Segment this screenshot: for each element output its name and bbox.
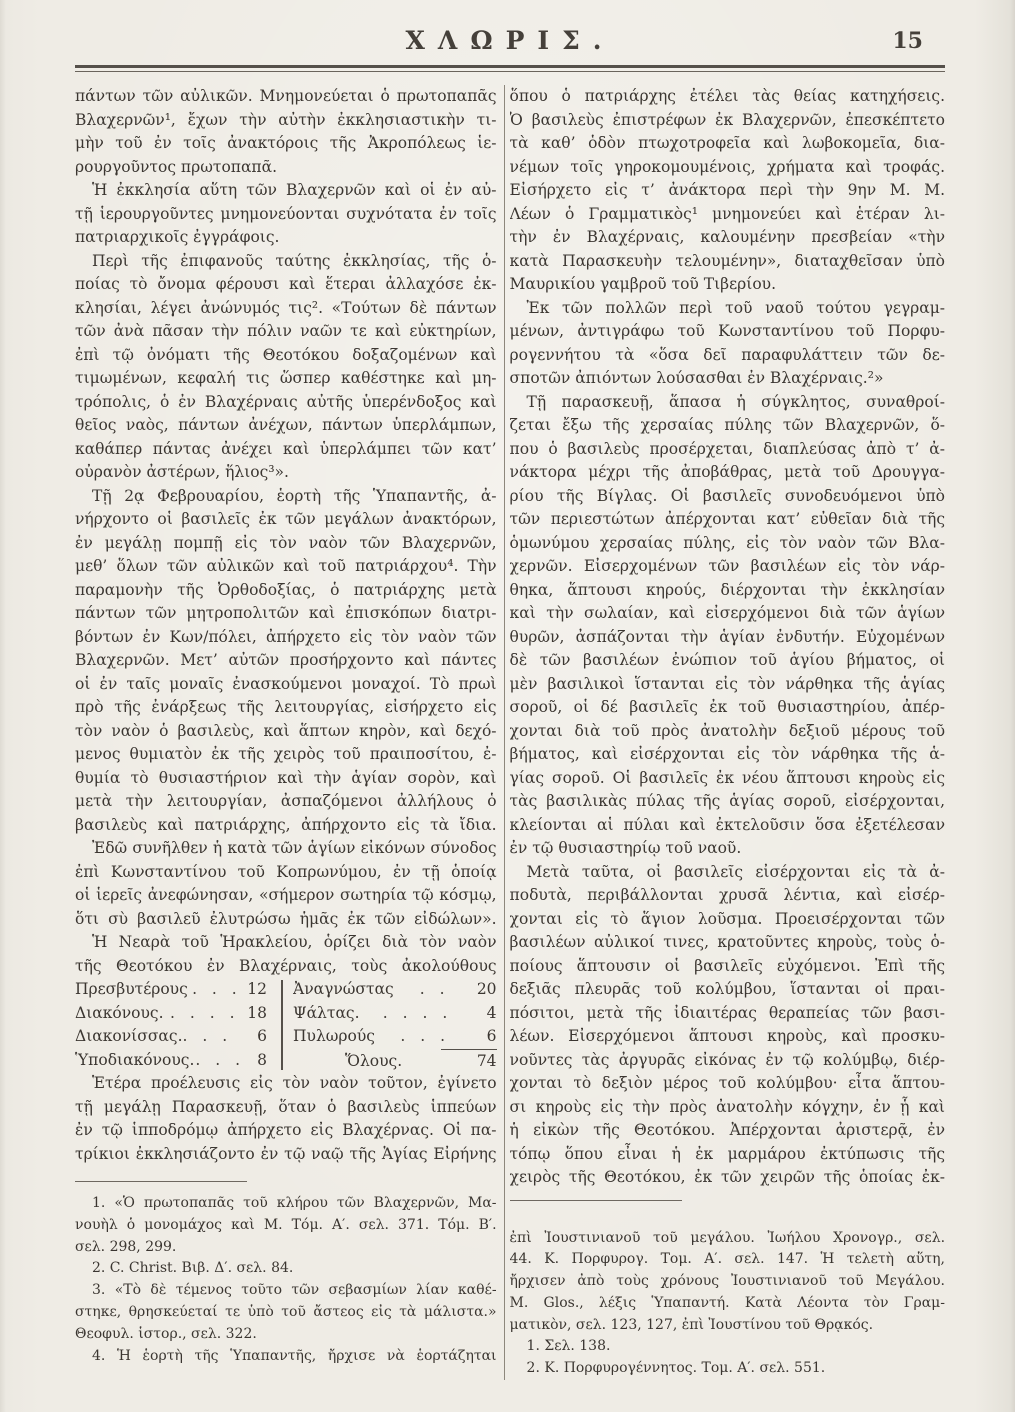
text-line: Βλαχερνῶν. Μετ’ αὐτῶν προσήρχοντο καὶ πά… (75, 649, 497, 673)
header-rule (75, 65, 945, 72)
text-line: δὲ τῶν βασιλέων ἐνώπιον τοῦ ἁγίου βήματο… (510, 649, 945, 673)
text-line: χονται τὸ δεξιὸν μέρος τοῦ κολύμβου· εἶτ… (510, 1072, 945, 1096)
text-line: Ἑτέρα προέλευσις εἰς τὸν ναὸν τοῦτον, ἐγ… (75, 1072, 497, 1096)
text-line: ρίου τῆς Βίγλας. Οἱ βασιλεῖς συνοδευόμεν… (510, 485, 945, 509)
text-line: μενος θυμιατὸν ἐκ τῆς χειρὸς τοῦ πραιποσ… (75, 743, 497, 767)
page-number: 15 (892, 28, 923, 54)
footnote-line: 3. «Τὸ δὲ τέμενος τοῦτο τῶν σεβασμίων λί… (75, 1280, 497, 1302)
column-divider-rule (504, 85, 505, 1380)
text-line: Περὶ τῆς ἐπιφανοῦς ταύτης ἐκκλησίας, τῆς… (75, 250, 497, 274)
left-column: πάντων τῶν αὐλικῶν. Μνημονεύεται ὁ πρωτο… (75, 85, 497, 1367)
footnote-line: 4. Ἡ ἑορτὴ τῆς Ὑπαπαντῆς, ἤρχισε νὰ ἑορτ… (75, 1346, 497, 1368)
text-line: ἐν μεγάλῃ πομπῇ εἰς τὸν ναὸν τῶν Βλαχερν… (75, 532, 497, 556)
dot-leader: . . . (194, 1049, 241, 1073)
text-line: τῶν περιεστώτων ἀπέρχονται κατ’ εὐθεῖαν … (510, 508, 945, 532)
text-line: Μαυρικίου γαμβροῦ τοῦ Τιβερίου. (510, 273, 945, 297)
footnote-line: ἐπὶ Ἰουστινιανοῦ τοῦ μεγάλου. Ἰωήλου Χρο… (510, 1228, 945, 1250)
text-line: μὴν τοῦ ἐν τοῖς ἀνακτόροις τῆς Ἀκροπόλεω… (75, 132, 497, 156)
table-row: Ὑποδιακόνους. . . . 8 (75, 1049, 267, 1073)
right-column: ὅπου ὁ πατριάρχης ἐτέλει τὰς θείας κατηχ… (510, 85, 945, 1380)
left-column-text: πάντων τῶν αὐλικῶν. Μνημονεύεται ὁ πρωτο… (75, 85, 497, 978)
text-line: πόσιτοι, μετὰ τῆς ἰδιαιτέρας θεραπείας τ… (510, 1002, 945, 1026)
text-line: πατριαρχικοῖς ἐγγράφοις. (75, 226, 497, 250)
footnote-line: νουὴλ ὁ μονομάχος καὶ Μ. Τόμ. Α′. σελ. 3… (75, 1215, 497, 1237)
text-line: ἐν τῷ θυσιαστηρίῳ τοῦ ναοῦ. (510, 837, 945, 861)
dot-leader: . . . . (183, 1025, 242, 1049)
dot-leader: . . . (188, 978, 241, 1002)
left-footnotes: 1. «Ὁ πρωτοπαπᾶς τοῦ κλήρου τῶν Βλαχερνῶ… (75, 1193, 497, 1367)
text-line: ρογεννήτου τὰ «ὅσα δεῖ παραφυλάττειν τῶν… (510, 344, 945, 368)
text-line: ἐπὶ τῷ ὀνόματι τῆς Θεοτόκου δοξαζομένων … (75, 344, 497, 368)
text-line: Τῇ 2ᾳ Φεβρουαρίου, ἑορτὴ τῆς Ὑπαπαντῆς, … (75, 485, 497, 509)
text-line: ὅπου ὁ πατριάρχης ἐτέλει τὰς θείας κατηχ… (510, 85, 945, 109)
table-row-value: 6 (241, 1025, 267, 1049)
text-line: νοῦντες τὰς ἀργυρᾶς εἰκόνας ἐν τῷ κολύμβ… (510, 1049, 945, 1073)
table-total-row: Ὅλους. 74 (293, 1049, 497, 1073)
table-row: Διακόνους. . . . . 18 (75, 1002, 267, 1026)
text-line: θυρῶν, ἀσπάζονται τὴν ἁγίαν ἐνδυτήν. Εὐχ… (510, 626, 945, 650)
right-column-text: ὅπου ὁ πατριάρχης ἐτέλει τὰς θείας κατηχ… (510, 85, 945, 1190)
table-row-label: Διακόνους. (75, 1002, 164, 1026)
text-line: οἱ ἐν ταῖς μοναῖς ἐνασκούμενοι μοναχοί. … (75, 673, 497, 697)
text-line: Εἰσήρχετο εἰς τ’ ἀνάκτορα περὶ τὴν 9ην Μ… (510, 179, 945, 203)
footnote-line: 2. C. Christ. Βιβ. Δ′. σελ. 84. (75, 1258, 497, 1280)
text-line: κλείονται αἱ πύλαι καὶ ἐκτελοῦσιν ὅσα ἐξ… (510, 814, 945, 838)
table-row-label: Πρεσβυτέρους (75, 978, 188, 1002)
running-title: ΧΛΩΡΙΣ. (406, 26, 615, 55)
footnote-line: στηκε, θρησκεύεταί τε ὑπὸ τοῦ ἄστεος εἰς… (75, 1302, 497, 1324)
table-total-value: 74 (441, 1049, 497, 1073)
footnote-line: Θεοφυλ. ἱστορ., σελ. 322. (75, 1324, 497, 1346)
text-line: σοροῦ, οἱ δέ βασιλεῖς ἐκ τοῦ θυσιαστηρίο… (510, 696, 945, 720)
text-line: χερνῶν. Εἰσερχομένων τῶν βασιλέων εἰς τὸ… (510, 555, 945, 579)
text-line: ζεται ἔξω τῆς χερσαίας πύλης τῶν Βλαχερν… (510, 414, 945, 438)
text-line: τὰς βασιλικὰς πύλας τῆς ἁγίας σοροῦ, εἰσ… (510, 790, 945, 814)
text-line: Ἐδῶ συνῆλθεν ἡ κατὰ τῶν ἁγίων εἰκόνων σύ… (75, 837, 497, 861)
table-total-label: Ὅλους. (345, 1050, 402, 1073)
text-line: τιμωμένων, κεφαλή τις ὥσπερ καθέστηκε κα… (75, 367, 497, 391)
text-line: οὐρανὸν ἀστέρων, ἥλιος³». (75, 461, 497, 485)
table-row-label: Διακονίσσας. (75, 1025, 183, 1049)
text-line: Τῇ παρασκευῇ, ἅπασα ἡ σύγκλητος, συναθρο… (510, 391, 945, 415)
table-row-value: 18 (241, 1002, 267, 1026)
text-line: ποίους ἅπτουσιν οἱ βασιλεῖς εὐχόμενοι. Ἐ… (510, 955, 945, 979)
table-row-value: 20 (471, 978, 497, 1002)
table-row: Ψάλτας. . . . . 4 (293, 1002, 497, 1026)
text-line: γίας σοροῦ. Οἱ βασιλεῖς ἐκ νέου ἅπτουσι … (510, 767, 945, 791)
text-line: οἱ ἱερεῖς ἀνεφώνησαν, «σήμερον σωτηρία τ… (75, 884, 497, 908)
clergy-table-left: Πρεσβυτέρους . . . 12 Διακόνους. . . . .… (75, 978, 267, 1072)
footnote-line: ματικὸν, σελ. 123, 127, ἐπὶ Ἰουστίνου το… (510, 1315, 945, 1337)
text-line: Ἡ ἐκκλησία αὕτη τῶν Βλαχερνῶν καὶ οἱ ἐν … (75, 179, 497, 203)
text-line: τὴν ἐν Βλαχέρναις, καλουμένην πρεσβείαν … (510, 226, 945, 250)
footnote-line: 1. «Ὁ πρωτοπαπᾶς τοῦ κλήρου τῶν Βλαχερνῶ… (75, 1193, 497, 1215)
text-line: κλησίαι, λέγει ἀνώνυμός τις². «Τούτων δὲ… (75, 297, 497, 321)
text-line: παραμονὴν τῆς Ὀρθοδοξίας, ὁ πατριάρχης μ… (75, 579, 497, 603)
table-row-value: 12 (241, 978, 267, 1002)
text-line: ρουργοῦντος πρωτοπαπᾶ. (75, 156, 497, 180)
text-line: Λέων ὁ Γραμματικὸς¹ μνημονεύει καὶ ἑτέρα… (510, 203, 945, 227)
text-line: λέων. Εἰσερχόμενοι ἅπτουσι κηροὺς, καὶ π… (510, 1025, 945, 1049)
text-line: βασιλεὺς καὶ πατριάρχης, ἀπήρχοντο εἰς τ… (75, 814, 497, 838)
left-column-text-after-table: Ἑτέρα προέλευσις εἰς τὸν ναὸν τοῦτον, ἐγ… (75, 1072, 497, 1166)
book-page: ΧΛΩΡΙΣ. 15 πάντων τῶν αὐλικῶν. Μνημονεύε… (0, 0, 1015, 1412)
text-line: κατὰ Παρασκευὴν τελουμένην», διαταχθεῖσα… (510, 250, 945, 274)
footnote-line: 44. Κ. Πορφυρογ. Τομ. Α′. σελ. 147. Ἡ τε… (510, 1249, 945, 1271)
text-line: ποδυτὰ, περιβάλλονται χρυσᾶ λέντια, καὶ … (510, 884, 945, 908)
text-line: ποίας τὸ ὄνομα φέρουσι καὶ ἕτεραι ἀλλαχό… (75, 273, 497, 297)
text-line: καθάπερ πάντας ἀνέχει καὶ ὑπερλάμπει τῶν… (75, 438, 497, 462)
dot-leader: . . (394, 978, 471, 1002)
text-line: τὸν ναὸν ὁ βασιλεὺς, καὶ ἅπτων κηρὸν, κα… (75, 720, 497, 744)
footnote-line: 2. Κ. Πορφυρογέννητος. Τομ. Α′. σελ. 551… (510, 1358, 945, 1380)
text-line: τόπῳ ὅπου εἶναι ἡ ἐκ μαρμάρου ἐκτύπωσις … (510, 1143, 945, 1167)
text-line: ἡ εἰκὼν τῆς Θεοτόκου. Ἀπέρχονται ἀριστερ… (510, 1119, 945, 1143)
text-line: Βλαχερνῶν¹, ἔχων τὴν αὐτὴν ἐκκλησιαστικὴ… (75, 109, 497, 133)
text-line: μένων, ἀντιγράφω τοῦ Κωνσταντίνου τοῦ Πο… (510, 320, 945, 344)
text-line: μετὰ τὴν λειτουργίαν, ἀσπαζόμενοι ἀλλήλο… (75, 790, 497, 814)
text-line: θυμία τὸ θυσιαστήριον καὶ τὴν ἁγίαν σορὸ… (75, 767, 497, 791)
clergy-table: Πρεσβυτέρους . . . 12 Διακόνους. . . . .… (75, 978, 497, 1072)
text-line: τῇ μεγάλῃ Παρασκευῇ, ὅταν ὁ βασιλεὺς ἱππ… (75, 1096, 497, 1120)
text-line: πρὸ τῆς ἐνάρξεως τῆς λειτουργίας, εἰσήρχ… (75, 696, 497, 720)
text-line: νέμων τοῖς γηροκομουμένοις, χρήματα καὶ … (510, 156, 945, 180)
footnote-line: 1. Σελ. 138. (510, 1336, 945, 1358)
text-line: Ἐκ τῶν πολλῶν περὶ τοῦ ναοῦ τούτου γεγρα… (510, 297, 945, 321)
footnote-line: σελ. 298, 299. (75, 1237, 497, 1259)
dot-leader: . . . (375, 1025, 471, 1049)
text-line: ἐν τῷ ἱπποδρόμῳ ἀπήρχετο εἰς Βλαχέρνας. … (75, 1119, 497, 1143)
text-line: δεξιᾶς πλευρᾶς τοῦ κολύμβου, ἵστανται οἱ… (510, 978, 945, 1002)
clergy-table-right-rows: Ἀναγνώστας . . 20 Ψάλτας. . . . . 4 (293, 978, 497, 1049)
text-line: Ὁ βασιλεὺς ἐπιστρέφων ἐκ Βλαχερνῶν, ἐπεσ… (510, 109, 945, 133)
text-line: χονται εἰς τὸ ἅγιον λοῦσμα. Προεισέρχοντ… (510, 908, 945, 932)
text-line: βασιλέων αὐλικοί τινες, κρατοῦντες κηροὺ… (510, 931, 945, 955)
text-line: τρίκιοι ἐκκλησιάζοντο ἐν τῷ ναῷ τῆς Ἁγία… (75, 1143, 497, 1167)
text-line: χειρὸς τῆς Θεοτόκου, ἐκ τῶν χειρῶν τῆς ὁ… (510, 1166, 945, 1190)
text-line: ὅτι σὺ βασιλεῦ ἐλυτρώσω ἡμᾶς ἐκ τῶν εἰδώ… (75, 908, 497, 932)
table-row-value: 8 (241, 1049, 267, 1073)
text-line: χονται διὰ τοῦ πρὸς ἀνατολὴν δεξιοῦ μέρο… (510, 720, 945, 744)
text-line: τῆς Θεοτόκου ἐν Βλαχέρναις, τοὺς ἀκολούθ… (75, 955, 497, 979)
table-row: Πρεσβυτέρους . . . 12 (75, 978, 267, 1002)
table-row-value: 6 (471, 1025, 497, 1049)
text-line: πάντων τῶν αὐλικῶν. Μνημονεύεται ὁ πρωτο… (75, 85, 497, 109)
page-header: ΧΛΩΡΙΣ. 15 (75, 26, 945, 62)
footnote-separator (510, 1200, 682, 1201)
footnote-separator (75, 1181, 247, 1182)
footnote-line: M. Glos., λέξις Ὑπαπαντή. Κατὰ Λέοντα τὸ… (510, 1293, 945, 1315)
footnote-line: ἤρχισεν ἀπὸ τοὺς χρόνους Ἰουστινιανοῦ το… (510, 1271, 945, 1293)
text-line: σποτῶν ἀπιόντων λούσασθαι ἐν Βλαχέρναις.… (510, 367, 945, 391)
text-line: πάντων τῶν μητροπολιτῶν καὶ ἐπισκόπων δι… (75, 602, 497, 626)
text-line: τῇ ἱερουργοῦντες μνημονεύονται συχνότατα… (75, 203, 497, 227)
text-columns: πάντων τῶν αὐλικῶν. Μνημονεύεται ὁ πρωτο… (75, 85, 945, 1380)
dot-leader: . . . . (164, 1002, 241, 1026)
text-line: καὶ τὴν σωλαίαν, καὶ εἰσερχόμενοι διὰ τῶ… (510, 602, 945, 626)
text-line: Μετὰ ταῦτα, οἱ βασιλεῖς εἰσέρχονται εἰς … (510, 861, 945, 885)
text-line: Ἡ Νεαρὰ τοῦ Ἡρακλείου, ὁρίζει διὰ τὸν να… (75, 931, 497, 955)
text-line: τρόπολις, ὁ ἐν Βλαχέρναις αὐτῆς ὑπερένδο… (75, 391, 497, 415)
text-line: ὁμωνύμου χερσαίας πύλης, εἰς τὸν ναὸν τῶ… (510, 532, 945, 556)
text-line: που ὁ βασιλεὺς προσέρχεται, διαπλεύσας ἀ… (510, 438, 945, 462)
text-line: βόντων ἐν Κων/πόλει, ἀπήρχετο εἰς τὸν να… (75, 626, 497, 650)
table-divider (281, 980, 283, 1070)
clergy-table-right: Ἀναγνώστας . . 20 Ψάλτας. . . . . 4 (293, 978, 497, 1072)
text-line: βήματος, καὶ εἰσέρχονται εἰς τὸν νάρθηκα… (510, 743, 945, 767)
text-line: σι κηροὺς εἰς τὴν πρὸς ἀνατολὴν κόγχην, … (510, 1096, 945, 1120)
table-row: Διακονίσσας. . . . . 6 (75, 1025, 267, 1049)
text-line: ἐπὶ Κωνσταντίνου τοῦ Κοπρωνύμου, ἐν τῇ ὁ… (75, 861, 497, 885)
text-line: θεῖος ναὸς, πάντων ἀνέχων, πάντων ὑπερλά… (75, 414, 497, 438)
text-line: μὲν βασιλικοὶ ἵστανται εἰς τὸν νάρθηκα τ… (510, 673, 945, 697)
text-line: τῶν ἀνὰ πᾶσαν τὴν πόλιν ναῶν τε καὶ εὐκτ… (75, 320, 497, 344)
table-row-label: Ἀναγνώστας (293, 978, 394, 1002)
text-line: θηκα, ἅπτουσι κηρούς, διέρχονται τὴν ἐκκ… (510, 579, 945, 603)
table-row: Ἀναγνώστας . . 20 (293, 978, 497, 1002)
table-row-value: 4 (471, 1002, 497, 1026)
table-row: Πυλωρούς . . . 6 (293, 1025, 497, 1049)
text-line: νάκτορα μέχρι τῆς ἀποβάθρας, μετὰ τοῦ Δρ… (510, 461, 945, 485)
dot-leader: . . . . (360, 1002, 471, 1026)
table-row-label: Ὑποδιακόνους. (75, 1049, 194, 1073)
text-line: νήρχοντο οἱ βασιλεῖς ἐκ τῶν μεγάλων ἀνακ… (75, 508, 497, 532)
table-row-label: Ψάλτας. (293, 1002, 360, 1026)
table-row-label: Πυλωρούς (293, 1025, 375, 1049)
text-line: τὰ καθ’ ὁδὸν πτωχοτροφεῖα καὶ λωβοκομεῖα… (510, 132, 945, 156)
text-line: μεθ’ ὅλων τῶν αὐλικῶν καὶ τοῦ πατριάρχου… (75, 555, 497, 579)
right-footnotes: ἐπὶ Ἰουστινιανοῦ τοῦ μεγάλου. Ἰωήλου Χρο… (510, 1228, 945, 1381)
